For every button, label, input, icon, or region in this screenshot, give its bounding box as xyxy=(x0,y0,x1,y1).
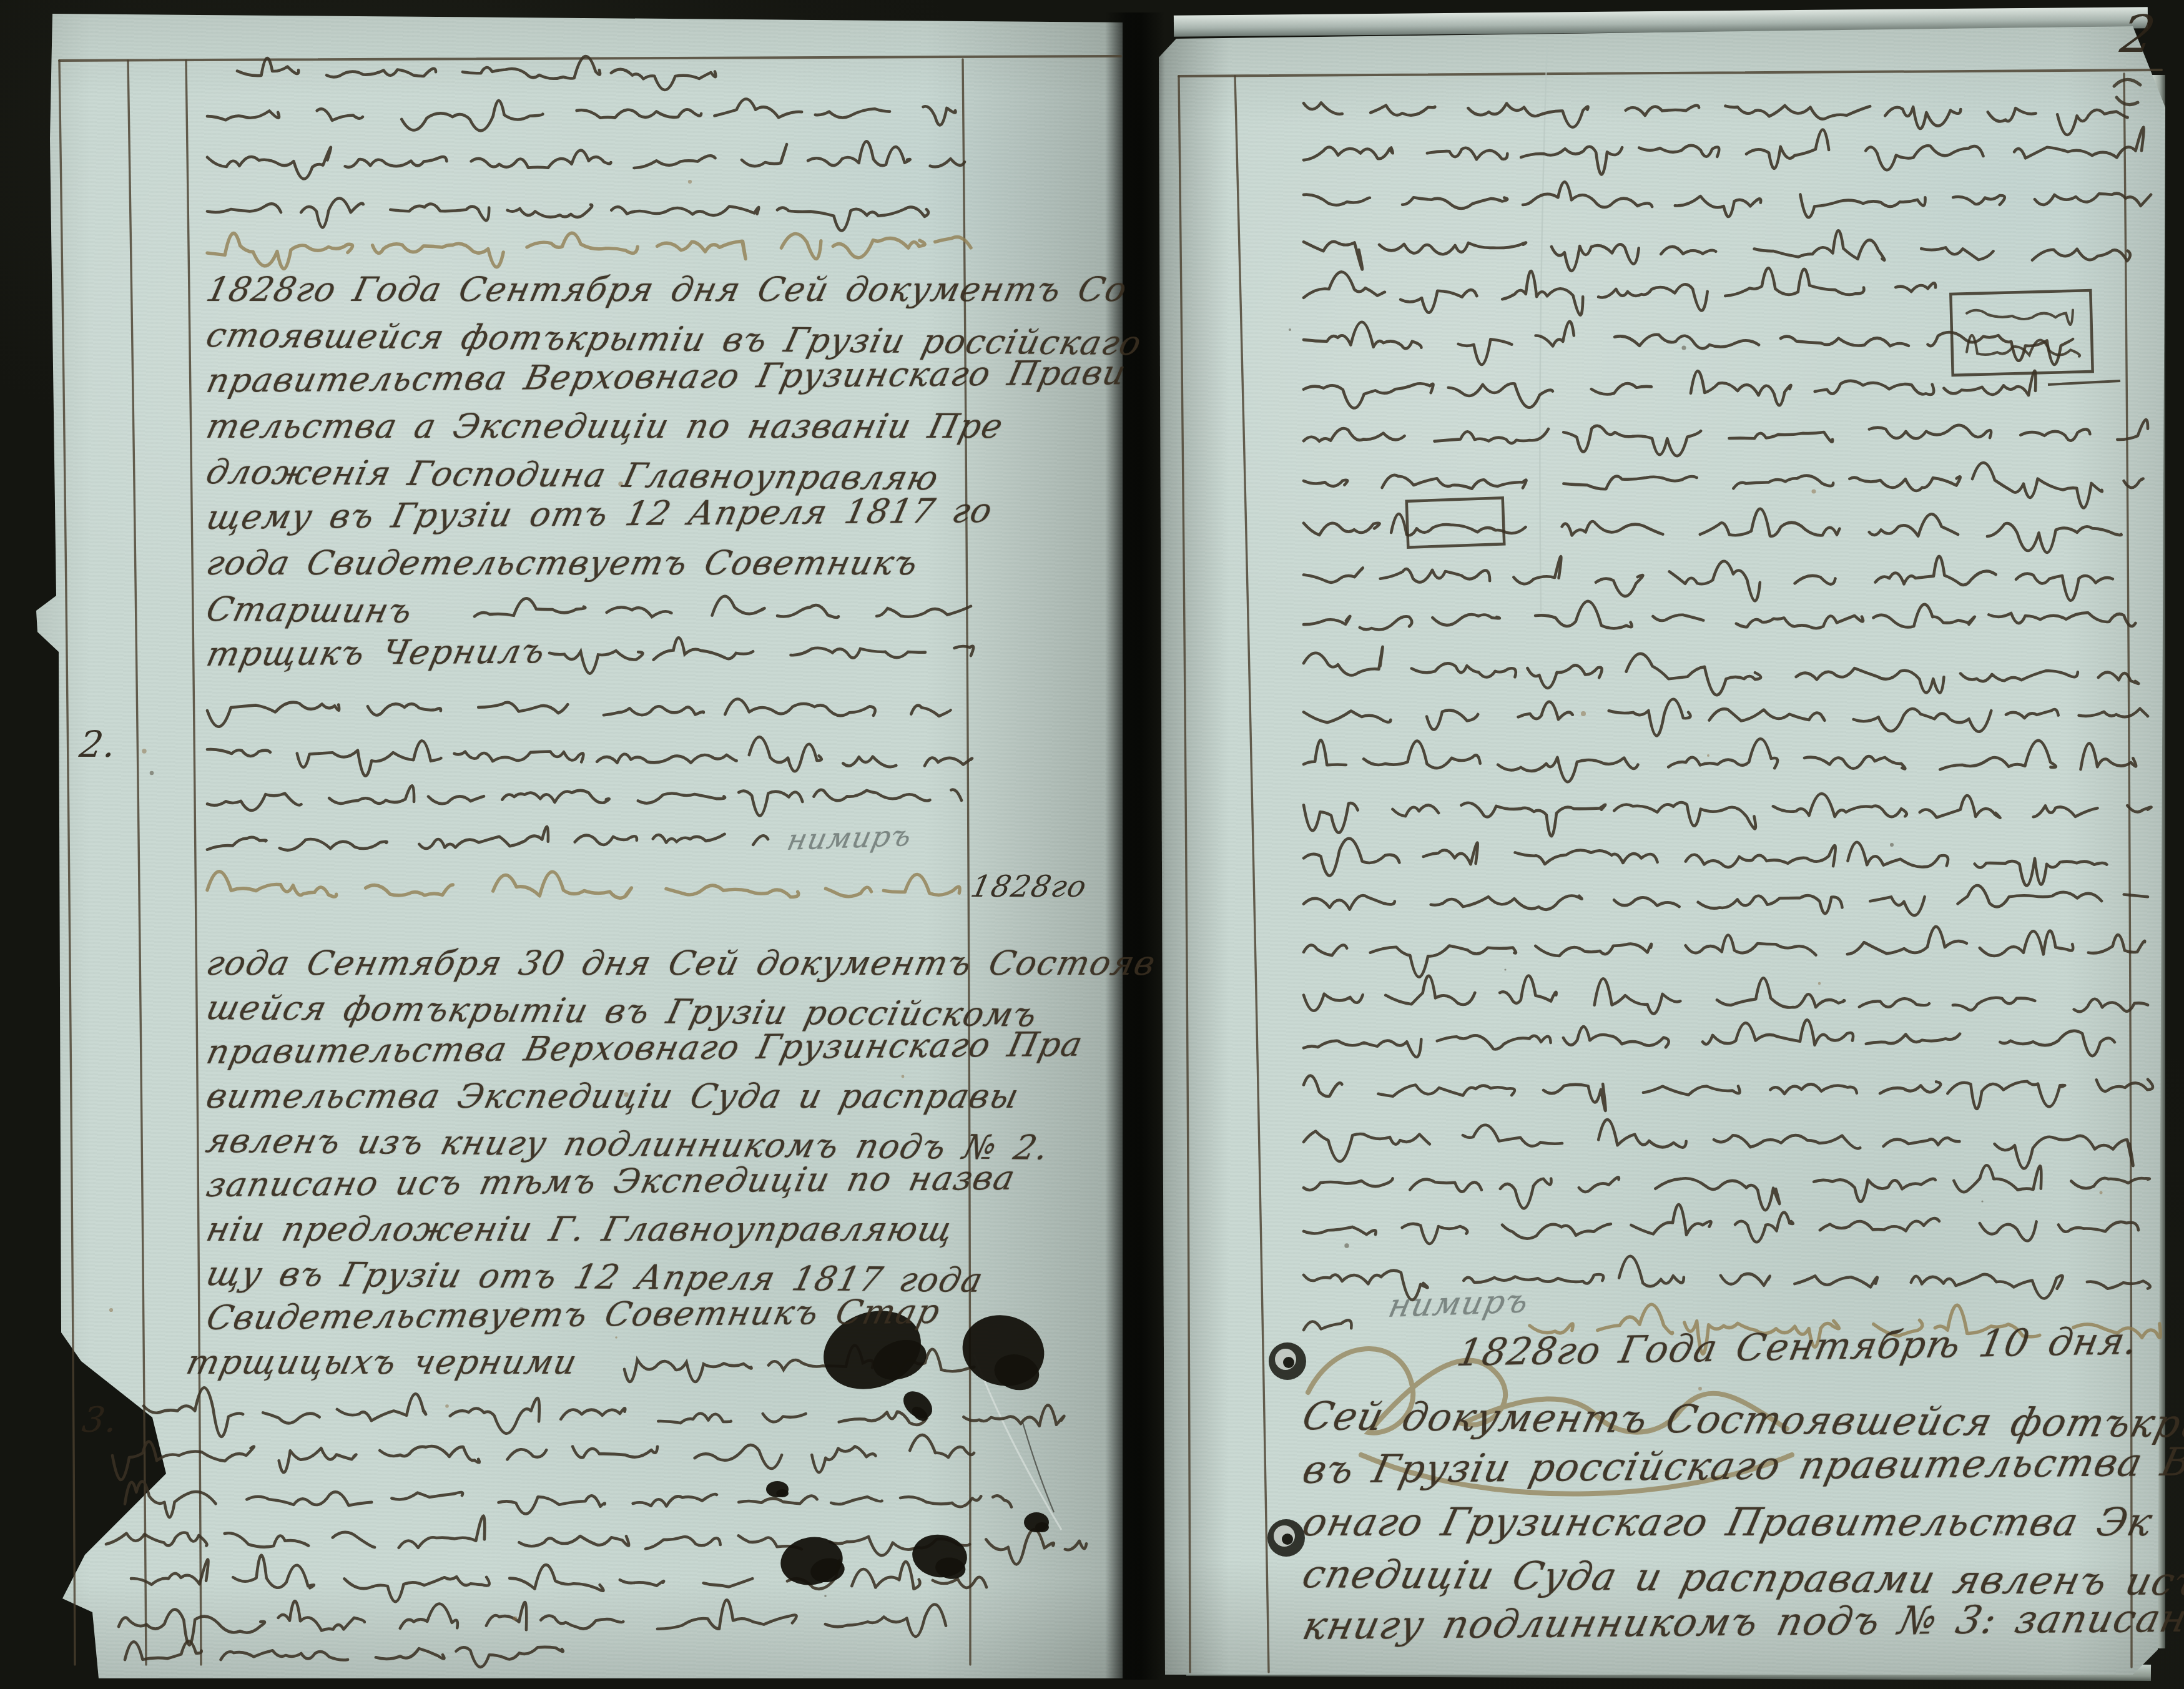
russian-note-line: вительства Экспедиціи Суда и расправы xyxy=(203,1076,1023,1116)
russian-note-line: Свидетельствуетъ Советникъ Стар xyxy=(203,1292,944,1337)
binding-hole-center xyxy=(1283,1357,1294,1368)
paper-speck xyxy=(615,1336,617,1339)
rule-line xyxy=(59,61,75,1665)
georgian-script-line xyxy=(1304,420,2148,456)
paper-crease xyxy=(1540,44,1547,612)
ink-blot xyxy=(898,1386,938,1424)
paper-speck xyxy=(1890,843,1894,847)
georgian-script-line xyxy=(207,785,962,815)
georgian-script-line xyxy=(1304,885,2148,915)
georgian-script-line xyxy=(1304,127,2144,175)
handwritten-dash xyxy=(2048,381,2120,385)
georgian-script-tail xyxy=(549,638,973,673)
annotation-box-text xyxy=(1967,310,2073,325)
georgian-script-line xyxy=(125,1482,1011,1518)
left-year-note: 1828го xyxy=(968,869,1090,904)
russian-note-line: тельства а Экспедиціи по названіи Пре xyxy=(203,406,1008,446)
georgian-script-line xyxy=(119,1600,946,1645)
georgian-script-line xyxy=(207,699,951,727)
paper-speck xyxy=(1682,346,1686,350)
georgian-script-line xyxy=(1304,1076,2153,1111)
georgian-script-line xyxy=(207,141,965,179)
paper-tear-crack xyxy=(1023,1422,1054,1512)
georgian-script-line xyxy=(207,827,768,850)
georgian-script-line xyxy=(1304,647,2138,695)
georgian-script-line xyxy=(1304,927,2145,977)
russian-note-line: книгу подлинникомъ подъ № 3: записана xyxy=(1299,1595,2184,1648)
paper-speck xyxy=(1698,1387,1702,1391)
georgian-script-line xyxy=(1304,371,2035,408)
russian-note-line: онаго Грузинскаго Правительства Эк xyxy=(1299,1499,2158,1545)
paper-speck xyxy=(150,771,154,776)
paper-speck xyxy=(824,1595,827,1597)
russian-note-line: трщицыхъ черними xyxy=(183,1342,581,1382)
russian-note-line: трщикъ Чернилъ xyxy=(203,631,549,674)
georgian-script-line xyxy=(237,56,716,90)
rule-line xyxy=(186,61,201,1665)
georgian-script-line xyxy=(1304,601,2135,630)
paper-speck xyxy=(1981,1200,1983,1202)
rule-line xyxy=(1179,76,1190,1672)
georgian-script-line xyxy=(1304,182,2151,217)
georgian-script-line xyxy=(207,737,972,776)
rule-line xyxy=(1179,70,2162,76)
georgian-script-line xyxy=(1304,839,2107,886)
georgian-script-line xyxy=(1304,1120,2133,1168)
georgian-script-line xyxy=(207,198,928,230)
georgian-script-line xyxy=(1304,322,2073,365)
annotation-box xyxy=(1950,290,2092,375)
russian-note-line: 1828го Года Сентября дня Сей документъ С… xyxy=(203,270,1131,309)
annotation-box xyxy=(1407,498,1504,547)
russian-note-line: въ Грузіи россійскаго правительства Верх… xyxy=(1299,1438,2184,1492)
georgian-script-line xyxy=(1304,1320,1352,1330)
paper-speck xyxy=(688,180,692,184)
paper-speck xyxy=(1344,1243,1349,1248)
paper-speck xyxy=(1707,754,1709,757)
corner-flourish xyxy=(2114,79,2140,104)
left-margin-number-bottom: 3. xyxy=(79,1400,121,1440)
binding-hole-center xyxy=(1282,1534,1293,1545)
georgian-script-line xyxy=(1304,103,2128,135)
georgian-script-tail xyxy=(475,596,971,618)
left-margin-number-top: 2. xyxy=(77,723,119,766)
georgian-script-line xyxy=(131,1555,986,1602)
georgian-script-line xyxy=(1304,739,2136,782)
russian-note-line: Сей документъ Состоявшейся фотъкрытіи xyxy=(1298,1393,2184,1447)
ink-blot xyxy=(1024,1512,1049,1532)
georgian-script-line-faded xyxy=(207,872,960,899)
georgian-script-line xyxy=(1304,1204,2138,1244)
paper-speck xyxy=(1504,968,1506,970)
rule-line xyxy=(1235,76,1269,1672)
russian-note-line: правительства Верховнаго Грузинскаго Пра… xyxy=(203,353,1130,400)
russian-note-line: года Свидетельствуетъ Советникъ xyxy=(203,543,923,583)
georgian-script-line xyxy=(207,99,955,130)
georgian-script-line xyxy=(112,1435,974,1480)
manuscript-scan: 2 2. 3. нимиръ 1828го нимиръ 1828го Года… xyxy=(0,0,2184,1689)
ink-blot xyxy=(910,1531,970,1581)
georgian-script-line xyxy=(1304,230,2130,271)
georgian-script-line xyxy=(1304,1020,2115,1057)
georgian-script-line-faded xyxy=(207,233,971,268)
paper-speck xyxy=(1289,328,1291,331)
russian-note-line: ніи предложеніи Г. Главноуправляющ xyxy=(203,1209,958,1249)
georgian-script-line xyxy=(1304,1165,2150,1210)
paper-speck xyxy=(1818,982,1821,985)
russian-note-line: записано исъ тѣмъ Экспедиціи по назва xyxy=(203,1158,1020,1204)
russian-note-line: щему въ Грузіи отъ 12 Апреля 1817 го xyxy=(203,491,996,537)
paper-speck xyxy=(142,749,146,753)
right-pencil-note: нимиръ xyxy=(1385,1283,1533,1325)
paper-speck xyxy=(513,1617,518,1621)
russian-note-line: года Сентября 30 дня Сей документъ Состо… xyxy=(203,943,1160,983)
left-pencil-note: нимиръ xyxy=(784,819,915,857)
paper-speck xyxy=(1812,490,1816,494)
rule-line xyxy=(128,61,146,1665)
georgian-script-line xyxy=(1304,268,1936,315)
paper-speck xyxy=(2100,1191,2103,1194)
georgian-script-line xyxy=(1304,699,2148,736)
russian-note-line: правительства Верховнаго Грузинскаго Пра xyxy=(203,1025,1087,1071)
paper-speck xyxy=(445,1404,449,1408)
paper-speck xyxy=(109,1308,113,1312)
georgian-script-line xyxy=(1304,794,2152,836)
ink-blot xyxy=(766,1481,789,1497)
paper-speck xyxy=(1581,711,1586,716)
georgian-script-line xyxy=(1304,976,2148,1014)
russian-note-line: дложенія Господина Главноуправляю xyxy=(202,452,943,498)
russian-note-line: Старшинъ xyxy=(202,589,416,631)
georgian-script-line xyxy=(1304,556,2113,601)
